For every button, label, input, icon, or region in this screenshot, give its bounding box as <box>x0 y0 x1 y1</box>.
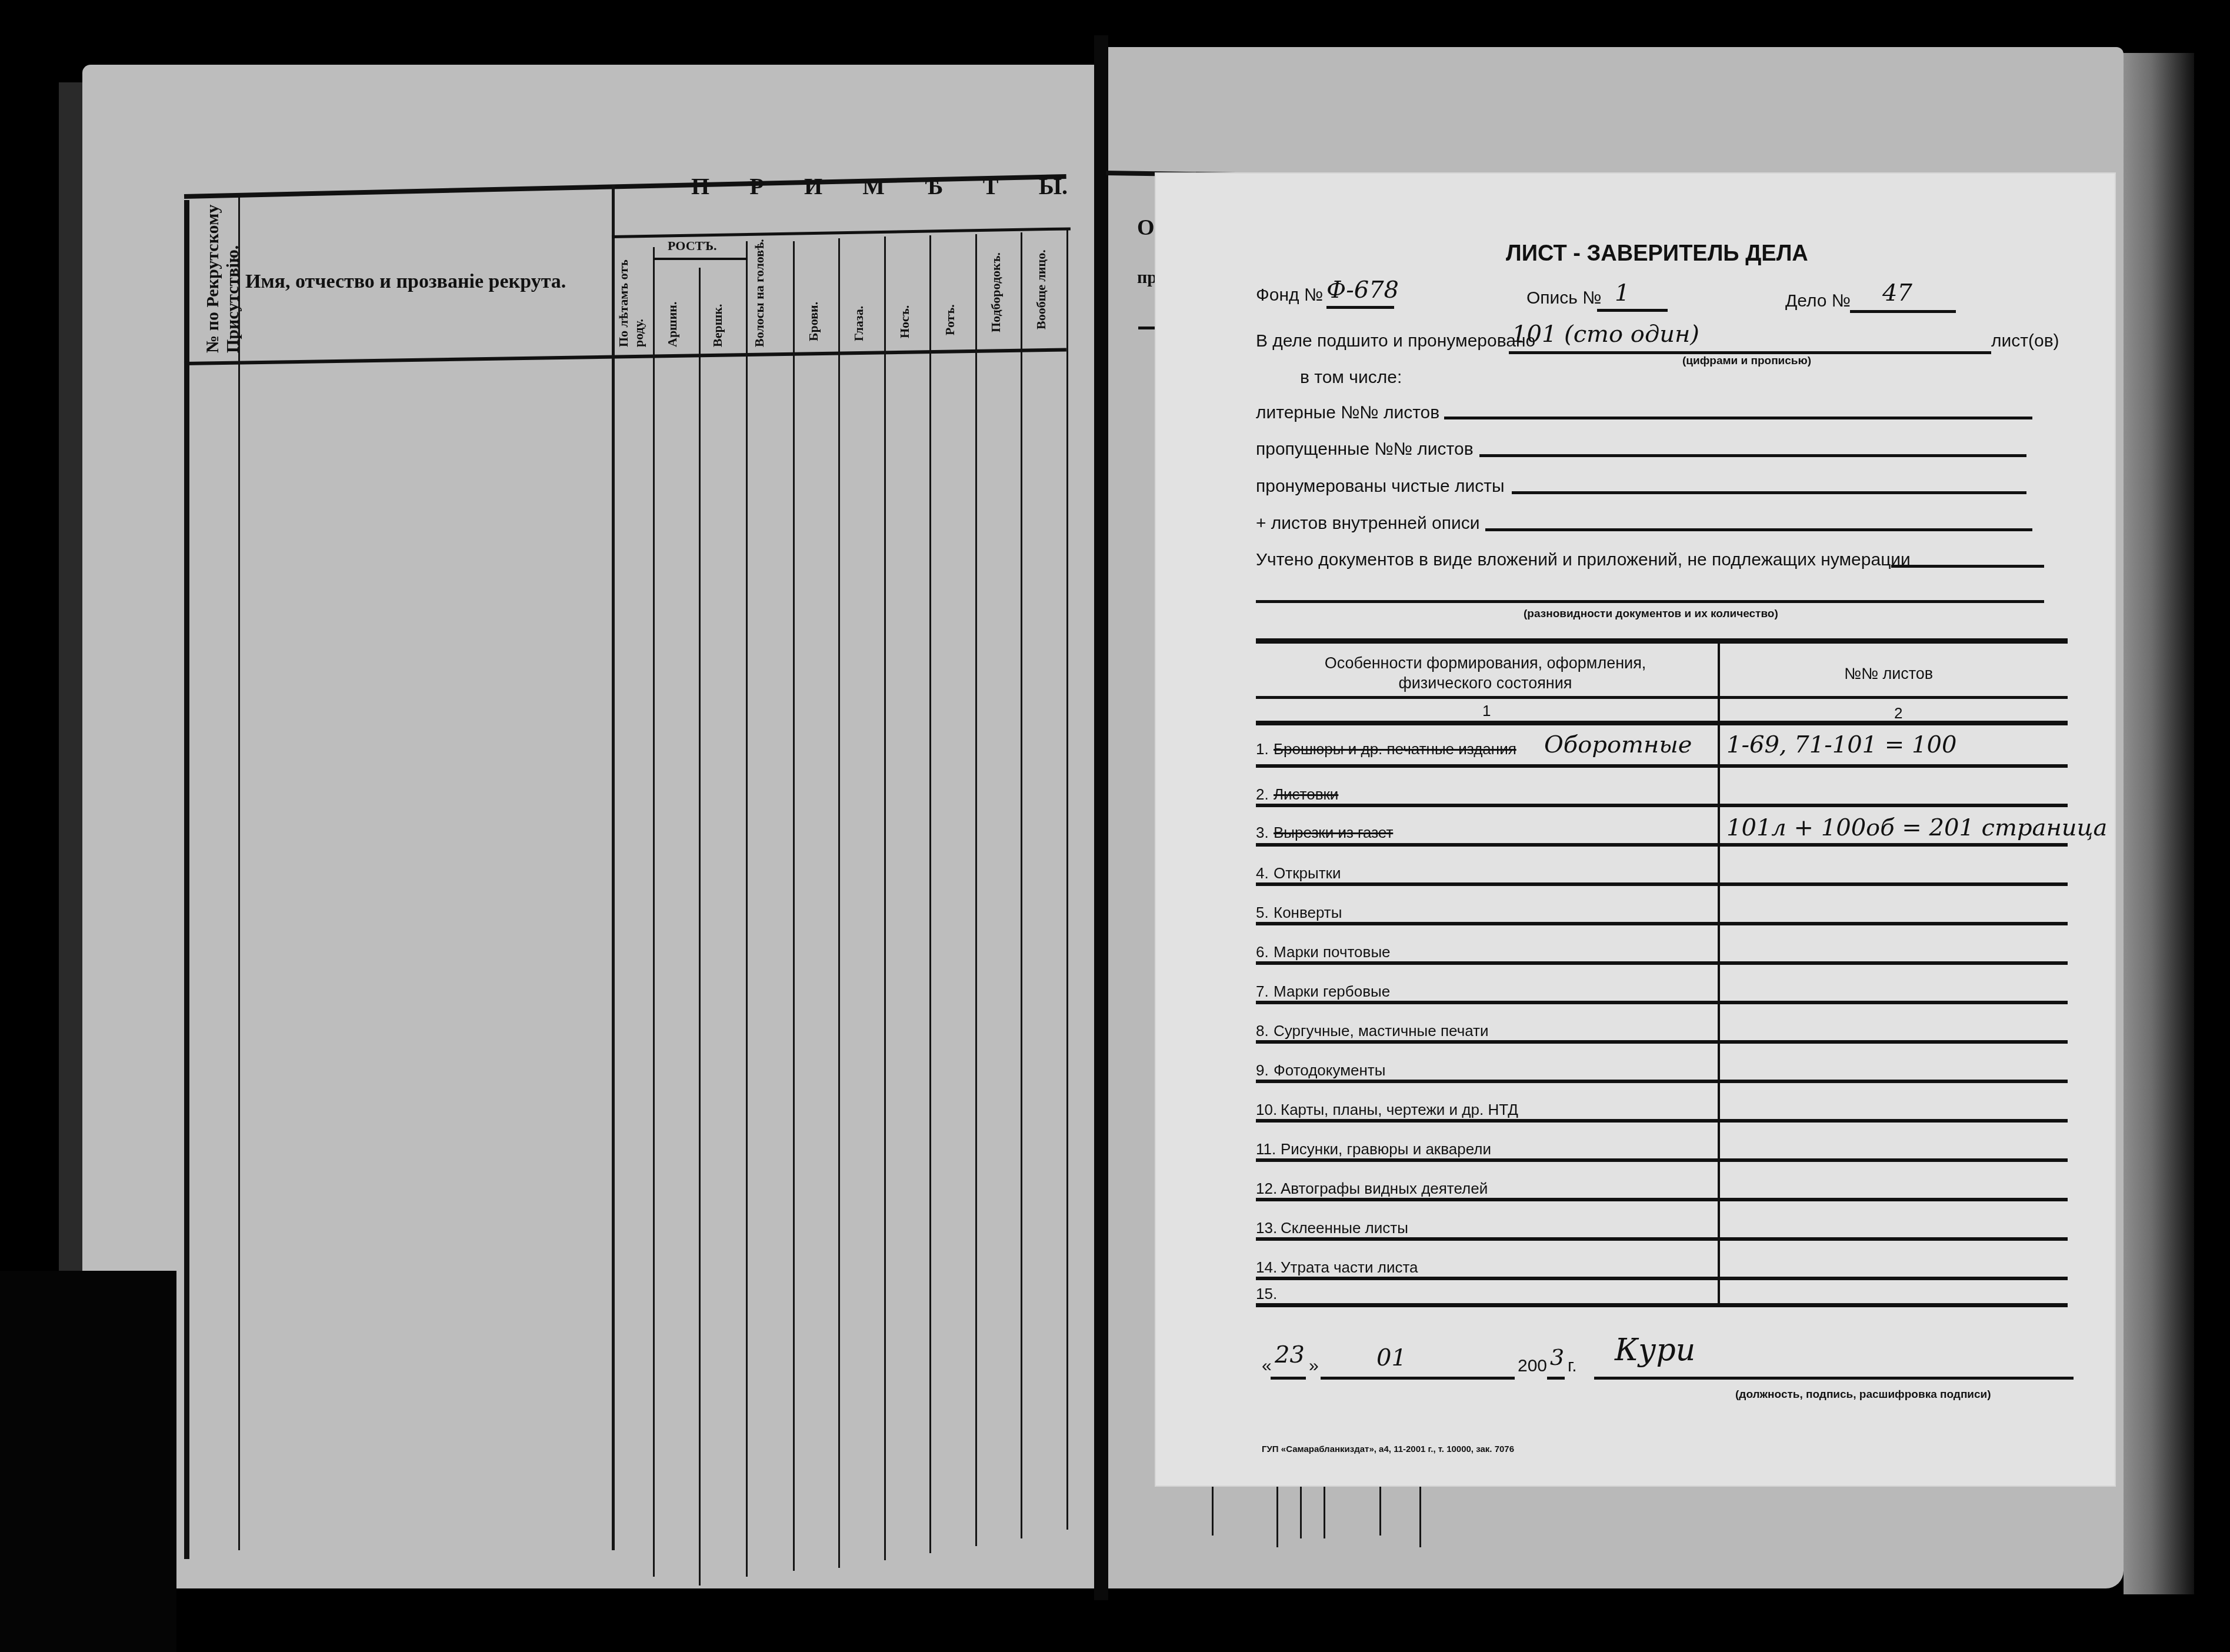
internal-inventory-field[interactable] <box>1485 528 2032 531</box>
right-page-partial-header: О <box>1137 215 1155 241</box>
sewn-underline <box>1509 351 1991 354</box>
header-recruit-name: Имя, отчество и прозваніе рекрута. <box>245 271 566 293</box>
col-divider <box>1021 232 1022 1538</box>
printer-imprint: ГУП «Самарабланкиздат», а4, 11-2001 г., … <box>1262 1444 1514 1454</box>
row-label-struck: Брошюры и др. печатные издания <box>1274 740 1516 758</box>
row-label-struck: Листовки <box>1274 785 1338 804</box>
table-row: 1. Брошюры и др. печатные издания Оборот… <box>1256 725 2068 768</box>
delo-value: 47 <box>1882 279 1912 307</box>
right-page-partial-header: пр <box>1137 268 1157 288</box>
signature: Кури <box>1615 1333 1695 1368</box>
opis-underline <box>1597 309 1668 312</box>
ledger-header-bottom <box>184 348 1066 365</box>
col-divider <box>793 241 795 1571</box>
table-header-divider <box>1256 696 2068 699</box>
header-features-title: П Р И М Ѣ Т Ы. <box>691 172 1068 200</box>
features-title-underline <box>612 227 1071 238</box>
table-row: 9. Фотодокументы <box>1256 1044 2068 1083</box>
table-col2-number: 2 <box>1894 704 1902 722</box>
col-divider <box>746 241 748 1577</box>
table-row: 15. <box>1256 1280 2068 1307</box>
right-ledger-col <box>1212 1477 1214 1536</box>
table-row: 14. Утрата части листа <box>1256 1241 2068 1280</box>
blank-sheets-field[interactable] <box>1512 491 2026 494</box>
signature-line[interactable] <box>1594 1377 2074 1380</box>
header-vershok: Вершк. <box>710 304 725 347</box>
table-row: 11. Рисунки, гравюры и акварели <box>1256 1123 2068 1162</box>
header-mouth: Ротъ. <box>942 304 958 335</box>
table-col1-header: Особенности формирования, оформления, фи… <box>1303 653 1668 693</box>
header-height-group: РОСТЪ. <box>668 238 717 254</box>
table-row: 13. Склеенные листы <box>1256 1201 2068 1241</box>
table-row: 3. Вырезки из газет 101л + 100об = 201 с… <box>1256 807 2068 847</box>
height-group-underline <box>653 258 747 260</box>
signature-hint: (должность, подпись, расшифровка подписи… <box>1735 1388 1991 1401</box>
date-year-underline <box>1547 1377 1565 1380</box>
date-day: 23 <box>1275 1341 1305 1368</box>
sewn-hint: (цифрами и прописью) <box>1682 355 1811 368</box>
letter-sheets-field[interactable] <box>1444 417 2032 419</box>
col-divider <box>929 235 931 1553</box>
table-row: 12. Автографы видных деятелей <box>1256 1162 2068 1201</box>
delo-underline <box>1850 310 1956 313</box>
col-divider <box>653 247 655 1577</box>
date-year: 3 <box>1550 1344 1564 1370</box>
row-sheet-numbers: 1-69, 71-101 = 100 <box>1726 731 1956 758</box>
row-sheet-numbers: 101л + 100об = 201 страница <box>1726 814 2107 841</box>
sewn-label: В деле подшито и пронумеровано <box>1256 331 1535 351</box>
col-divider <box>838 238 840 1568</box>
header-recruit-number: № по Рекрутскому Присутствію. <box>203 200 243 353</box>
header-eyes: Глаза. <box>851 306 866 341</box>
opis-label: Опись № <box>1526 288 1602 308</box>
col-divider <box>699 268 701 1586</box>
col-divider <box>884 237 886 1560</box>
features-table: Особенности формирования, оформления, фи… <box>1256 638 2068 1315</box>
date-month-underline <box>1321 1377 1515 1380</box>
col-divider <box>975 234 977 1546</box>
table-row: 4. Открытки <box>1256 847 2068 886</box>
missing-sheets-field[interactable] <box>1479 454 2026 457</box>
header-chin: Подбородокъ. <box>988 252 1004 332</box>
header-hair: Волосы на головѣ. <box>751 235 768 347</box>
internal-inventory-label: + листов внутренней описи <box>1256 514 1479 534</box>
col-divider <box>1066 229 1068 1530</box>
table-row: 2. Листовки <box>1256 768 2068 807</box>
sewn-value: 101 (сто один) <box>1512 321 1699 348</box>
header-face: Вообще лицо. <box>1034 249 1049 329</box>
delo-label: Дело № <box>1785 291 1851 311</box>
header-brows: Брови. <box>806 302 821 341</box>
sewn-suffix: лист(ов) <box>1991 331 2059 351</box>
opis-value: 1 <box>1615 279 1629 307</box>
accounted-label: Учтено документов в виде вложений и прил… <box>1256 550 1911 570</box>
header-nose: Носъ. <box>897 305 912 338</box>
row-label-struck: Вырезки из газет <box>1274 824 1393 842</box>
header-age: По лѣтамъ отъ роду. <box>616 244 646 347</box>
table-top-border <box>1256 638 2068 644</box>
table-col1-number: 1 <box>1482 702 1491 720</box>
table-row: 10. Карты, планы, чертежи и др. НТД <box>1256 1083 2068 1123</box>
table-row: 7. Марки гербовые <box>1256 965 2068 1004</box>
accounted-hint: (разновидности документов и их количеств… <box>1524 608 1778 621</box>
table-row: 8. Сургучные, мастичные печати <box>1256 1004 2068 1044</box>
date-day-underline <box>1271 1377 1306 1380</box>
col-divider <box>238 197 240 1550</box>
black-bookmark-tab <box>0 1271 176 1652</box>
blank-sheets-label: пронумерованы чистые листы <box>1256 477 1505 497</box>
accounted-field[interactable] <box>1891 565 2044 568</box>
book-right-edge <box>2124 53 2194 1594</box>
table-col2-header: №№ листов <box>1844 665 1933 683</box>
recruit-ledger-table: № по Рекрутскому Присутствію. Имя, отчес… <box>174 171 1091 1583</box>
ledger-left-border <box>184 200 189 1559</box>
col-divider <box>612 185 615 1550</box>
missing-sheets-label: пропущенные №№ листов <box>1256 439 1474 459</box>
table-row: 5. Конверты <box>1256 886 2068 925</box>
letter-sheets-label: литерные №№ листов <box>1256 403 1439 423</box>
accounted-field-line2[interactable] <box>1256 600 2044 603</box>
card-title: ЛИСТ - ЗАВЕРИТЕЛЬ ДЕЛА <box>1506 241 1808 267</box>
row-handwritten-label: Оборотные <box>1544 731 1692 758</box>
book-spine <box>1094 35 1108 1600</box>
date-month: 01 <box>1376 1344 1406 1371</box>
header-arshin: Аршин. <box>665 301 680 347</box>
certification-sheet: ЛИСТ - ЗАВЕРИТЕЛЬ ДЕЛА Фонд № Ф-678 Опис… <box>1156 174 2115 1486</box>
fond-value: Ф-678 <box>1326 277 1399 304</box>
including-label: в том числе: <box>1300 368 1402 388</box>
table-numbers-divider <box>1256 721 2068 725</box>
fond-underline <box>1326 306 1394 309</box>
fond-label: Фонд № <box>1256 285 1323 305</box>
table-row: 6. Марки почтовые <box>1256 925 2068 965</box>
date-line: « 23 » 01 200 3 г. Кури <box>1262 1341 2074 1383</box>
